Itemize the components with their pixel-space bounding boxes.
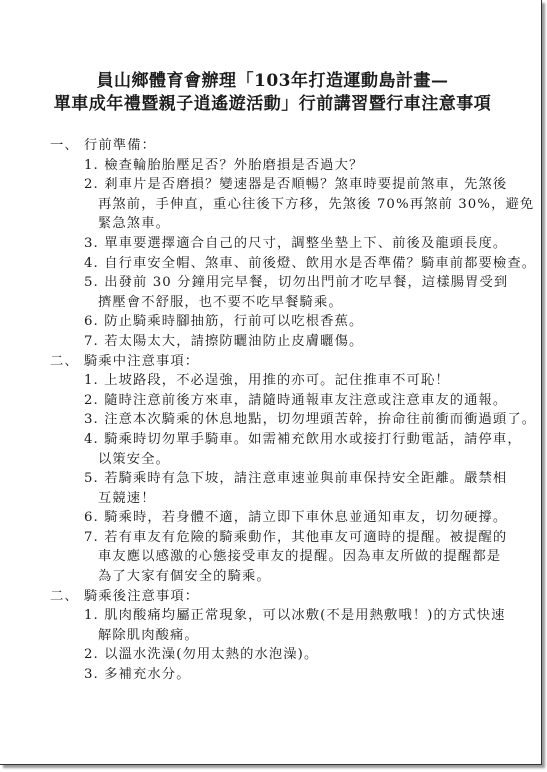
list-item: 2. 隨時注意前後方來車，請隨時通報車友注意或注意車友的通報。: [0, 391, 541, 411]
list-item: 7. 若太陽太大，請擦防曬油防止皮膚曬傷。: [0, 332, 541, 352]
document-page: 員山鄉體育會辦理「103年打造運動島計畫— 單車成年禮暨親子逍遙遊活動」行前講習…: [0, 0, 542, 765]
list-item: 3. 注意本次騎乘的休息地點，切勿埋頭苦幹，拚命往前衝而衝過頭了。: [0, 410, 541, 430]
section-heading: 二、騎乘中注意事項：: [0, 352, 541, 372]
list-item-text: 5. 出發前 30 分鐘用完早餐，切勿出門前才吃早餐，這樣腸胃受到: [84, 273, 508, 293]
list-item-text: 5. 若騎乘時有急下坡，請注意車速並與前車保持安全距離。嚴禁相: [84, 469, 507, 489]
list-item-text: 解除肌肉酸痛。: [98, 626, 199, 646]
section-title: 行前準備：: [84, 136, 156, 156]
list-item: 7. 若有車友有危險的騎乘動作，其他車友可適時的提醒。被提醒的: [0, 528, 541, 548]
section-number: 一、: [50, 136, 79, 156]
section-title: 騎乘後注意事項：: [84, 587, 199, 607]
list-item-text: 以策安全。: [98, 450, 170, 470]
section-title: 騎乘中注意事項：: [84, 352, 199, 372]
section-heading: 二、騎乘後注意事項：: [0, 587, 541, 607]
list-item-continuation: 車友應以感激的心態接受車友的提醒。因為車友所做的提醒都是: [0, 547, 541, 567]
document-title: 員山鄉體育會辦理「103年打造運動島計畫— 單車成年禮暨親子逍遙遊活動」行前講習…: [0, 70, 545, 116]
list-item-text: 為了大家有個安全的騎乘。: [98, 567, 271, 587]
list-item-text: 緊急煞車。: [98, 214, 170, 234]
title-line-1: 員山鄉體育會辦理「103年打造運動島計畫—: [0, 70, 545, 93]
list-item-text: 3. 單車要選擇適合自己的尺寸，調整坐墊上下、前後及龍頭長度。: [84, 234, 507, 254]
document-body: 一、行前準備：1. 檢查輪胎胎壓足否？外胎磨損是否過大？2. 剎車片是否磨損？變…: [0, 136, 541, 685]
list-item: 4. 自行車安全帽、煞車、前後燈、飲用水是否準備？騎車前都要檢查。: [0, 254, 541, 274]
list-item-text: 擠壓會不舒服，也不要不吃早餐騎乘。: [98, 293, 343, 313]
list-item-continuation: 以策安全。: [0, 450, 541, 470]
list-item: 4. 騎乘時切勿單手騎車。如需補充飲用水或接打行動電話，請停車，: [0, 430, 541, 450]
list-item-text: 車友應以感激的心態接受車友的提醒。因為車友所做的提醒都是: [98, 547, 501, 567]
list-item-text: 7. 若太陽太大，請擦防曬油防止皮膚曬傷。: [84, 332, 363, 352]
list-item-text: 4. 騎乘時切勿單手騎車。如需補充飲用水或接打行動電話，請停車，: [84, 430, 522, 450]
section-number: 二、: [50, 587, 79, 607]
list-item: 2. 剎車片是否磨損？變速器是否順暢？煞車時要提前煞車，先煞後: [0, 175, 541, 195]
list-item-text: 再煞前，手伸直，重心往後下方移，先煞後 70%再煞前 30%，避免: [98, 195, 534, 215]
list-item-text: 3. 注意本次騎乘的休息地點，切勿埋頭苦幹，拚命往前衝而衝過頭了。: [84, 410, 536, 430]
list-item: 5. 出發前 30 分鐘用完早餐，切勿出門前才吃早餐，這樣腸胃受到: [0, 273, 541, 293]
list-item-text: 2. 剎車片是否磨損？變速器是否順暢？煞車時要提前煞車，先煞後: [84, 175, 507, 195]
list-item-text: 1. 上坡路段，不必逞強，用推的亦可。記住推車不可恥！: [84, 371, 450, 391]
list-item: 1. 肌肉酸痛均屬正常現象，可以冰敷(不是用熱敷哦！)的方式快速: [0, 606, 541, 626]
list-item-continuation: 緊急煞車。: [0, 214, 541, 234]
list-item-continuation: 擠壓會不舒服，也不要不吃早餐騎乘。: [0, 293, 541, 313]
list-item: 3. 單車要選擇適合自己的尺寸，調整坐墊上下、前後及龍頭長度。: [0, 234, 541, 254]
list-item: 1. 檢查輪胎胎壓足否？外胎磨損是否過大？: [0, 156, 541, 176]
list-item-continuation: 互競速！: [0, 489, 541, 509]
list-item-continuation: 解除肌肉酸痛。: [0, 626, 541, 646]
list-item-text: 2. 隨時注意前後方來車，請隨時通報車友注意或注意車友的通報。: [84, 391, 507, 411]
list-item-text: 6. 騎乘時，若身體不適，請立即下車休息並通知車友，切勿硬撐。: [84, 508, 507, 528]
list-item: 2. 以溫水洗澡(勿用太熱的水泡澡)。: [0, 645, 541, 665]
list-item: 5. 若騎乘時有急下坡，請注意車速並與前車保持安全距離。嚴禁相: [0, 469, 541, 489]
list-item: 6. 騎乘時，若身體不適，請立即下車休息並通知車友，切勿硬撐。: [0, 508, 541, 528]
section-number: 二、: [50, 352, 79, 372]
list-item-text: 6. 防止騎乘時腳抽筋，行前可以吃根香蕉。: [84, 312, 363, 332]
list-item-text: 1. 檢查輪胎胎壓足否？外胎磨損是否過大？: [84, 156, 363, 176]
list-item: 6. 防止騎乘時腳抽筋，行前可以吃根香蕉。: [0, 312, 541, 332]
list-item-text: 4. 自行車安全帽、煞車、前後燈、飲用水是否準備？騎車前都要檢查。: [84, 254, 536, 274]
list-item-continuation: 再煞前，手伸直，重心往後下方移，先煞後 70%再煞前 30%，避免: [0, 195, 541, 215]
list-item-text: 2. 以溫水洗澡(勿用太熱的水泡澡)。: [84, 645, 318, 665]
title-line-2: 單車成年禮暨親子逍遙遊活動」行前講習暨行車注意事項: [0, 93, 545, 116]
list-item-text: 7. 若有車友有危險的騎乘動作，其他車友可適時的提醒。被提醒的: [84, 528, 507, 548]
list-item-text: 互競速！: [98, 489, 156, 509]
list-item: 3. 多補充水分。: [0, 665, 541, 685]
list-item: 1. 上坡路段，不必逞強，用推的亦可。記住推車不可恥！: [0, 371, 541, 391]
list-item-text: 1. 肌肉酸痛均屬正常現象，可以冰敷(不是用熱敷哦！)的方式快速: [84, 606, 506, 626]
list-item-text: 3. 多補充水分。: [84, 665, 191, 685]
list-item-continuation: 為了大家有個安全的騎乘。: [0, 567, 541, 587]
section-heading: 一、行前準備：: [0, 136, 541, 156]
